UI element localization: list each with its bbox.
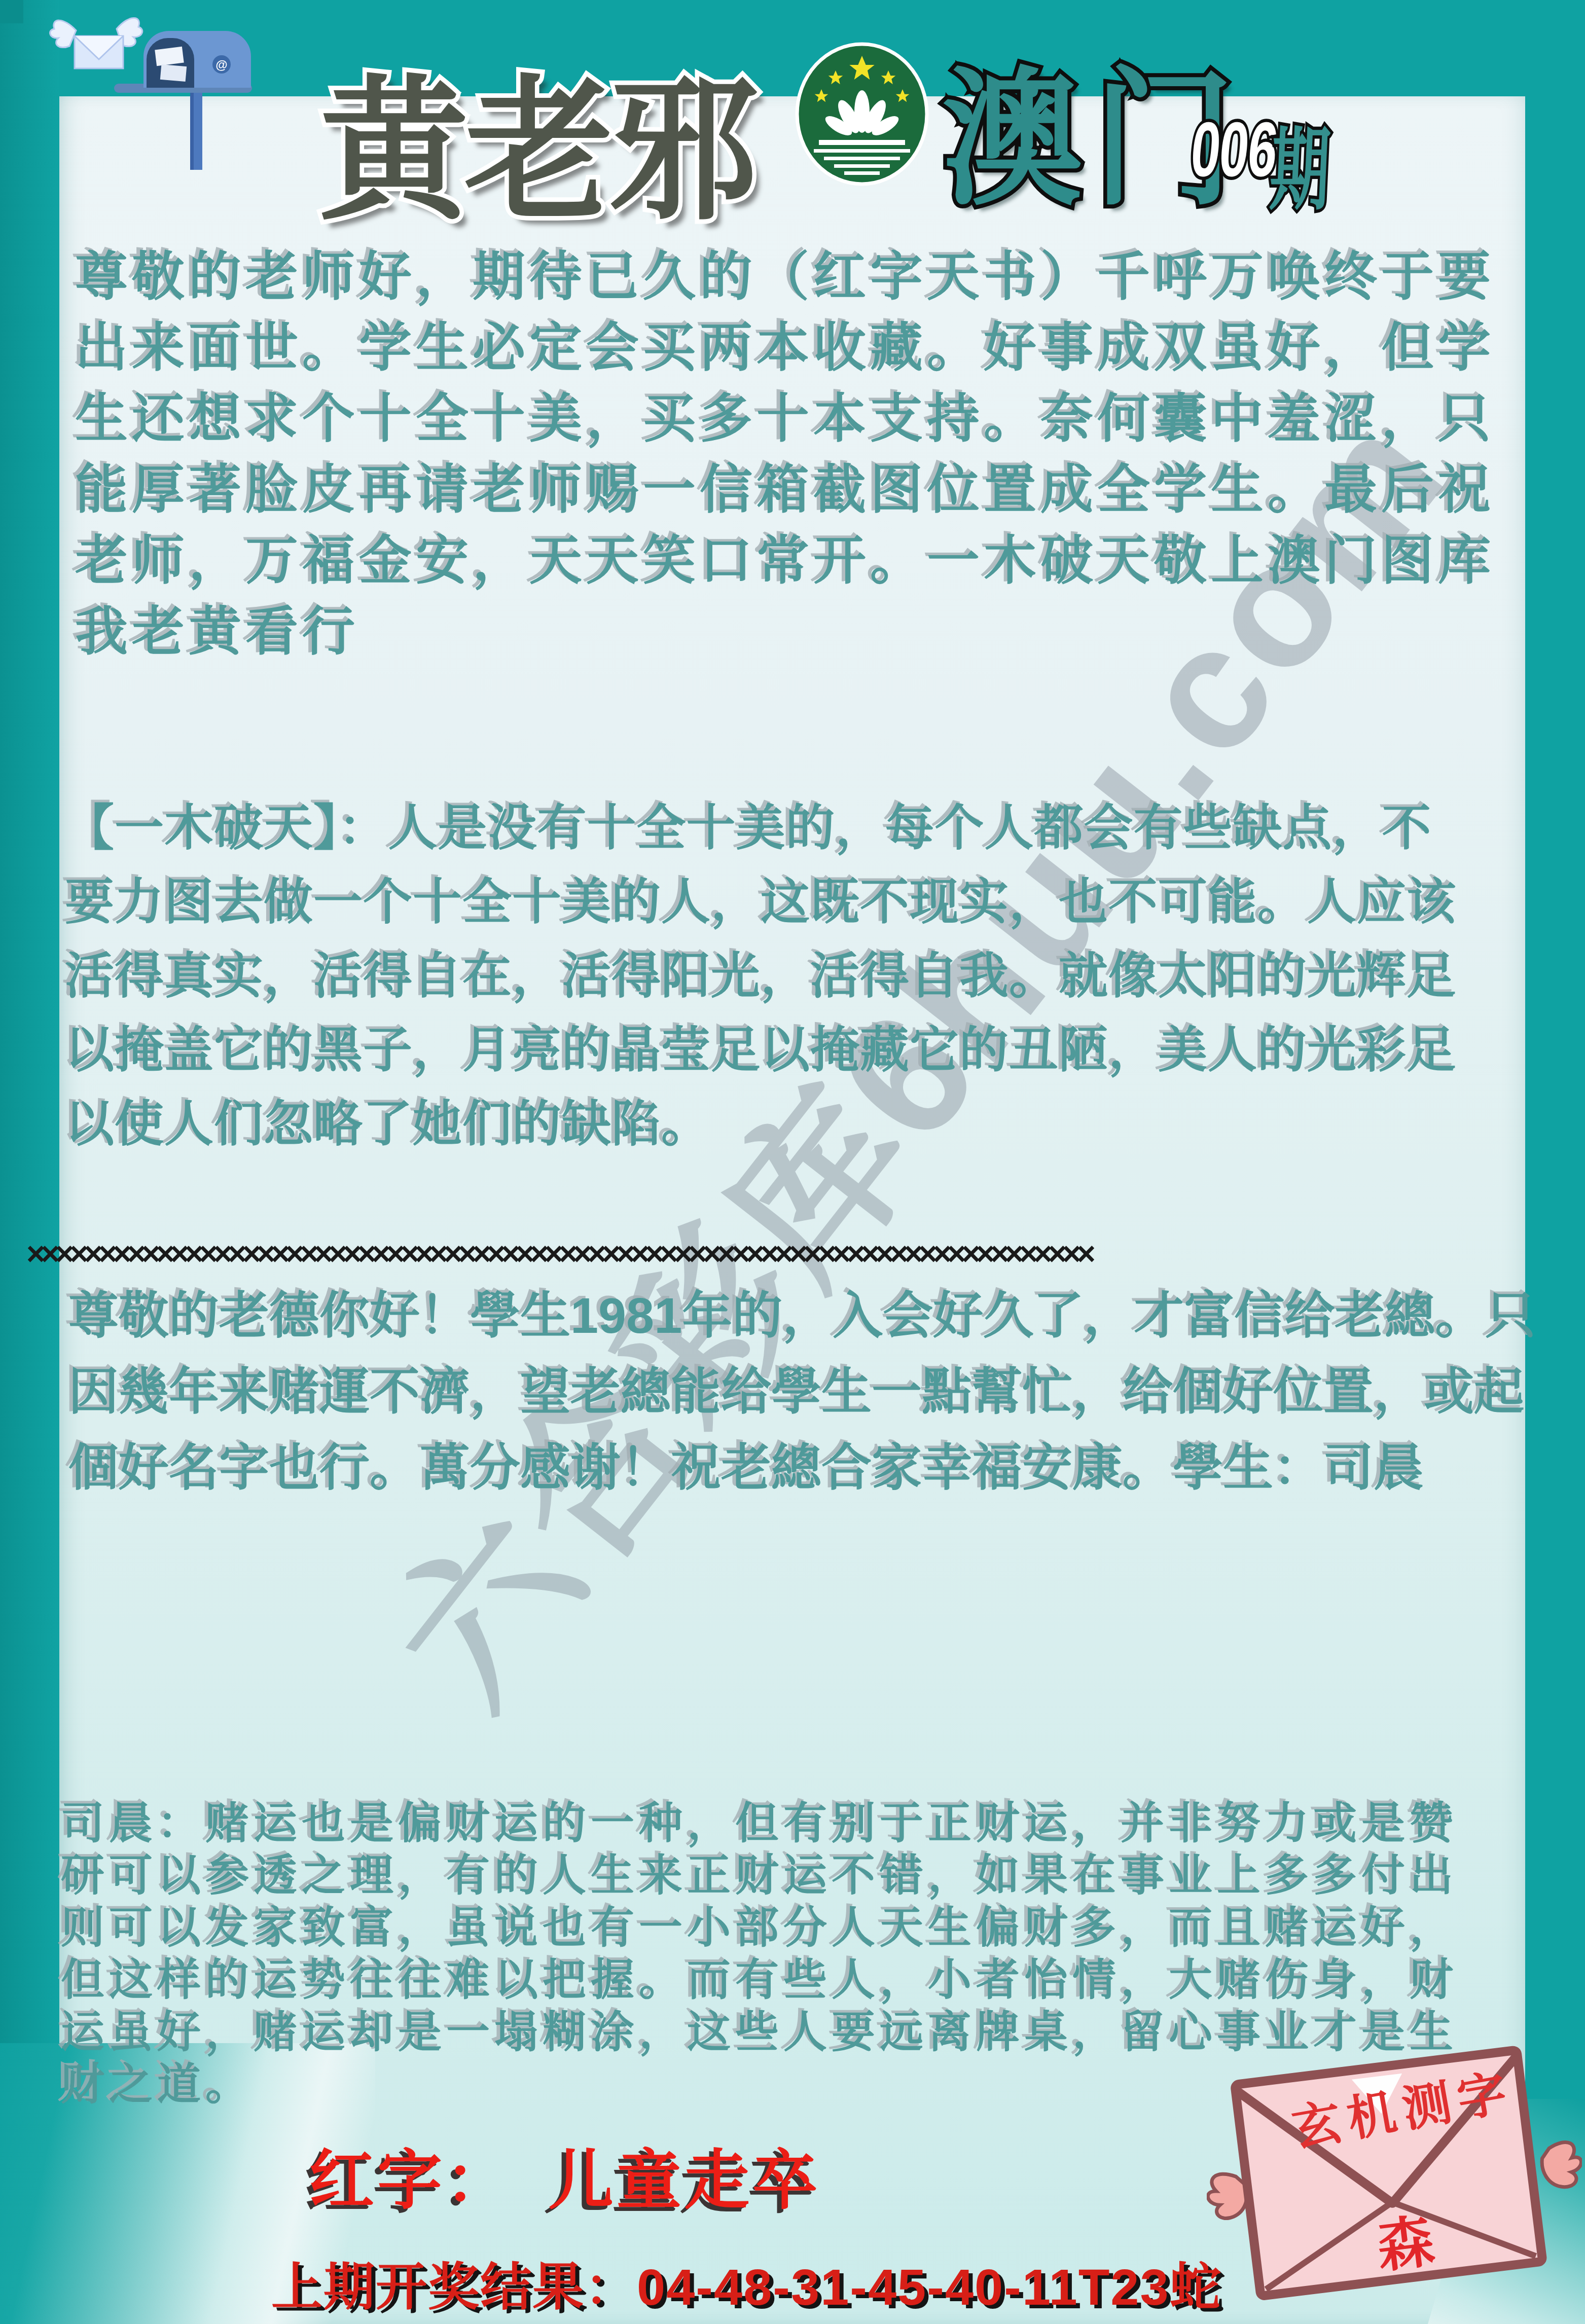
text-line: 出来面世。学生必定会买两本收藏。好事成双虽好，但学	[75, 313, 1495, 384]
text-line: 我老黄看行	[75, 597, 1495, 668]
paragraph-reply-1: 【一木破天】：人是没有十全十美的，每个人都会有些缺点，不 要力图去做一个十全十美…	[65, 791, 1456, 1161]
issue-suffix-text: 期	[1268, 120, 1332, 221]
letter-top	[155, 47, 184, 66]
issue-suffix: 期 期	[1268, 97, 1333, 227]
envelope-right-wing	[1540, 2140, 1582, 2190]
letter-bottom	[160, 64, 187, 82]
mailbox-pole-shade	[190, 93, 194, 170]
text-line: 尊敬的老德你好！學生1981年的，入会好久了，才富信给老總。只	[68, 1278, 1535, 1354]
left-border	[0, 0, 59, 2324]
paragraph-letter-1: 尊敬的老师好，期待已久的（红字天书）千呼万唤终于要 出来面世。学生必定会买两本收…	[75, 242, 1495, 668]
text-line: 個好名字也行。萬分感谢！祝老總合家幸福安康。學生：司晨	[68, 1430, 1535, 1506]
corner-square	[0, 0, 23, 23]
cross-stitch-divider: ××××××××××××××××××××××××××××××××××××××××…	[26, 1235, 1558, 1273]
issue-number-text: 006	[1187, 106, 1281, 193]
text-line: 活得真实，活得自在，活得阳光，活得自我。就像太阳的光辉足	[65, 939, 1456, 1013]
bridge-line	[819, 140, 905, 145]
title-main: 黄老邪 黄老邪	[319, 26, 754, 249]
envelope-stamp-character: 森	[1374, 2209, 1437, 2279]
paragraph-letter-2: 尊敬的老德你好！學生1981年的，入会好久了，才富信给老總。只 因幾年来赌運不濟…	[68, 1278, 1535, 1506]
text-line: 司晨：赌运也是偏财运的一种，但有别于正财运，并非努力或是赞	[61, 1798, 1458, 1850]
at-icon: @	[215, 58, 227, 72]
last-draw-result: 上期开奖结果：04-48-31-45-40-11T23蛇	[271, 2246, 1222, 2319]
text-line: 老师，万福金安，天天笑口常开。一木破天敬上澳门图库	[75, 526, 1495, 597]
lottery-tip-poster: { "header": { "title_main": "黄老邪", "titl…	[0, 0, 1585, 2324]
text-line: 能厚著脸皮再请老师赐一信箱截图位置成全学生。最后祝	[75, 455, 1495, 526]
text-line: 尊敬的老师好，期待已久的（红字天书）千呼万唤终于要	[75, 242, 1495, 313]
mystery-envelope-icon: 玄机测字 森	[1207, 2030, 1582, 2324]
issue-number: 006 006	[1187, 105, 1281, 194]
mailbox-icon: @	[114, 28, 261, 172]
water-line	[814, 149, 910, 153]
left-wing	[50, 20, 76, 47]
macau-lotus-emblem	[792, 41, 932, 188]
text-line: 研可以参透之理，有的人生来正财运不错，如果在事业上多多付出	[61, 1850, 1458, 1902]
title-main-text: 黄老邪	[319, 64, 754, 238]
text-line: 以使人们忽略了她们的缺陷。	[65, 1087, 1456, 1161]
text-line: 则可以发家致富，虽说也有一小部分人天生偏财多，而且赌运好，	[61, 1902, 1458, 1954]
water-line	[824, 157, 900, 160]
water-line	[834, 164, 890, 168]
text-line: 要力图去做一个十全十美的人，这既不现实，也不可能。人应该	[65, 865, 1456, 939]
red-word-line: 红字： 儿童走卒	[309, 2128, 820, 2222]
text-line: 【一木破天】：人是没有十全十美的，每个人都会有些缺点，不	[65, 791, 1456, 865]
text-line: 因幾年来赌運不濟，望老總能给學生一點幫忙，给個好位置，或起	[68, 1354, 1535, 1430]
text-line: 生还想求个十全十美，买多十本支持。奈何囊中羞涩，只	[75, 384, 1495, 455]
water-line	[844, 171, 880, 175]
text-line: 以掩盖它的黑子，月亮的晶莹足以掩藏它的丑陋，美人的光彩足	[65, 1013, 1456, 1087]
text-line: 但这样的运势往往难以把握。而有些人，小者怡情，大赌伤身，财	[61, 1954, 1458, 2007]
